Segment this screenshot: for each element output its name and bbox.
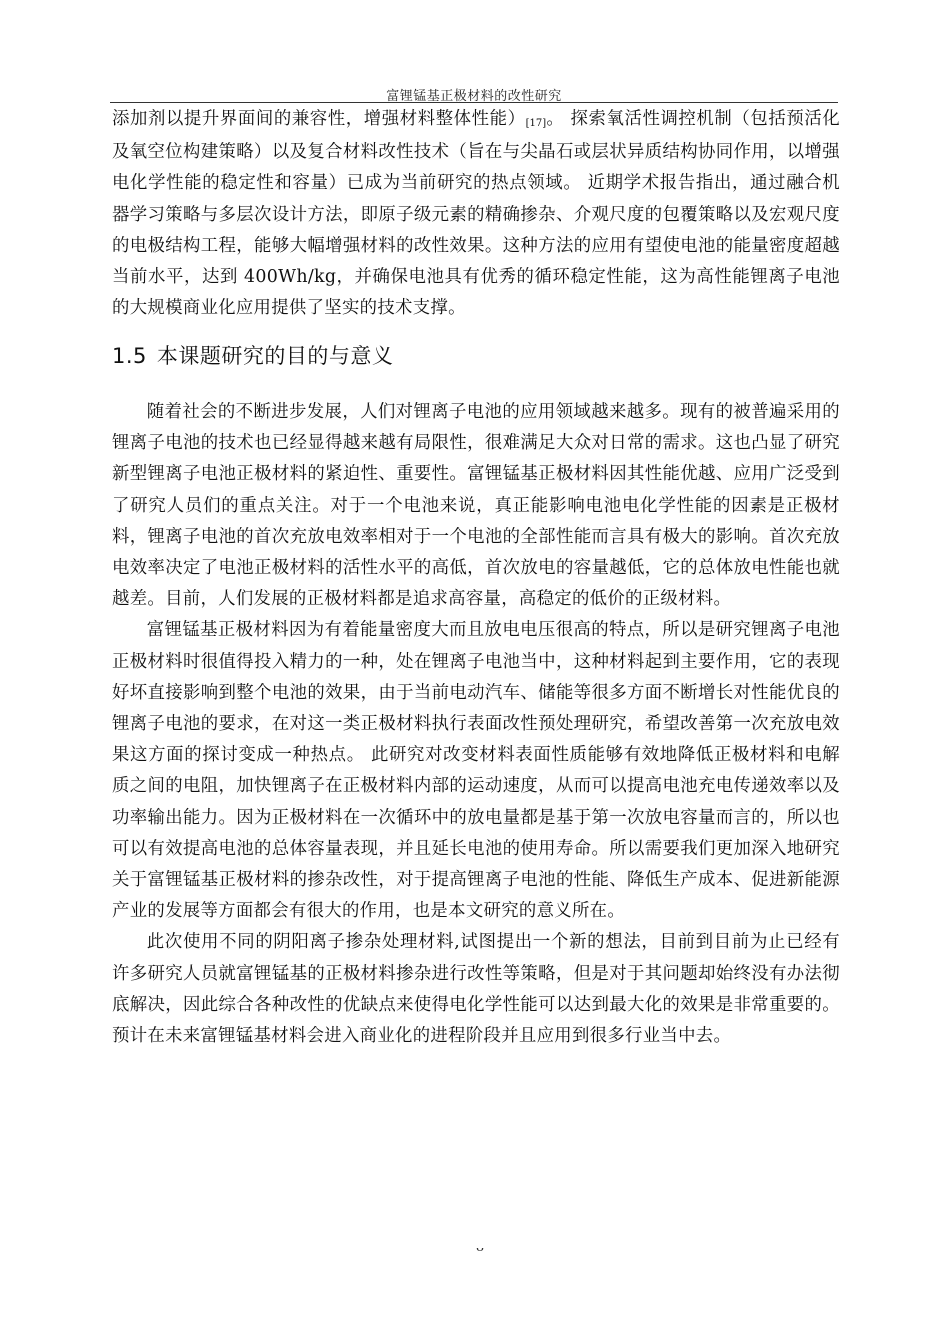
paragraph: 随着社会的不断进步发展，人们对锂离子电池的应用领域越来越多。现有的被普遍采用的锂…: [112, 397, 840, 615]
section-title: 本课题研究的目的与意义: [157, 344, 394, 368]
running-header-title: 富锂锰基正极材料的改性研究: [386, 85, 562, 102]
section-heading: 1.5本课题研究的目的与意义: [112, 340, 393, 370]
paragraph-text: 。 探索氧活性调控机制（包括预活化及氧空位构建策略）以及复合材料改性技术（旨在与…: [112, 109, 840, 318]
section-number: 1.5: [112, 344, 147, 368]
paragraph: 添加剂以提升界面间的兼容性，增强材料整体性能）[17]。 探索氧活性调控机制（包…: [112, 104, 840, 324]
paragraph: 此次使用不同的阴阳离子掺杂处理材料,试图提出一个新的想法，目前到目前为止已经有许…: [112, 927, 840, 1052]
header-rule: [110, 102, 838, 103]
intro-continuation: 添加剂以提升界面间的兼容性，增强材料整体性能）[17]。 探索氧活性调控机制（包…: [112, 104, 840, 324]
section-body: 随着社会的不断进步发展，人们对锂离子电池的应用领域越来越多。现有的被普遍采用的锂…: [112, 397, 840, 1052]
page-number: 8: [470, 1248, 490, 1256]
page-number-text: 8: [476, 1248, 484, 1255]
document-page: 富锂锰基正极材料的改性研究 添加剂以提升界面间的兼容性，增强材料整体性能）[17…: [0, 0, 950, 1344]
paragraph-text: 添加剂以提升界面间的兼容性，增强材料整体性能）: [112, 109, 526, 129]
paragraph: 富锂锰基正极材料因为有着能量密度大而且放电电压很高的特点，所以是研究锂离子电池正…: [112, 615, 840, 927]
citation-reference: [17]: [526, 118, 547, 129]
running-header: 富锂锰基正极材料的改性研究: [110, 80, 838, 102]
